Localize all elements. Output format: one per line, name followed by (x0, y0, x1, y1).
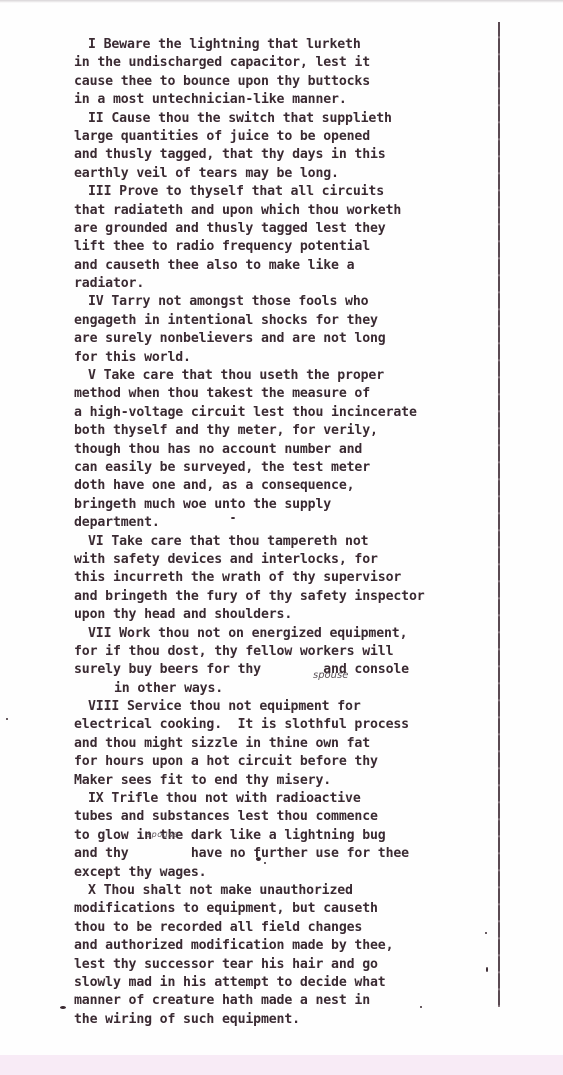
page-top-edge (0, 0, 563, 3)
ink-speck (486, 967, 488, 972)
text-line: in other ways. (74, 680, 504, 698)
text-line: large quantities of juice to be opened (74, 128, 504, 146)
rule-v-first-line: V Take care that thou useth the proper (74, 367, 504, 385)
ink-speck (256, 857, 261, 861)
text-line: method when thou takest the measure of (74, 385, 504, 403)
text-line: a high-voltage circuit lest thou incince… (74, 404, 504, 422)
ink-speck (485, 932, 487, 934)
text-line: and authorized modification made by thee… (74, 937, 504, 955)
text-line: except thy wages. (74, 864, 504, 882)
text-line: modifications to equipment, but causeth (74, 900, 504, 918)
text-line: with safety devices and interlocks, for (74, 551, 504, 569)
rule-iii-first-line: III Prove to thyself that all circuits (74, 183, 504, 201)
text-line: manner of creature hath made a nest in (74, 992, 504, 1010)
text-line: to glow in the dark like a lightning bug (74, 827, 504, 845)
text-line: cause thee to bounce upon thy buttocks (74, 73, 504, 91)
text-line: the wiring of such equipment. (74, 1011, 504, 1029)
text-line: for if thou dost, thy fellow workers wil… (74, 643, 504, 661)
text-line: for hours upon a hot circuit before thy (74, 753, 504, 771)
rule-ix-first-line: IX Trifle thou not with radioactive (74, 790, 504, 808)
text-line: in a most untechnician-like manner. (74, 91, 504, 109)
rule-viii-first-line: VIII Service thou not equipment for (74, 698, 504, 716)
ink-speck (420, 1006, 422, 1008)
text-line: bringeth much woe unto the supply (74, 496, 504, 514)
ink-speck (60, 1006, 66, 1009)
commandments-text: I Beware the lightning that lurkethin th… (74, 36, 504, 1029)
text-line: electrical cooking. It is slothful proce… (74, 716, 504, 734)
text-line: lest thy successor tear his hair and go (74, 956, 504, 974)
text-line: and bringeth the fury of thy safety insp… (74, 588, 504, 606)
text-line: upon thy head and shoulders. (74, 606, 504, 624)
text-line: tubes and substances lest thou commence (74, 808, 504, 826)
rule-vii-first-line: VII Work thou not on energized equipment… (74, 625, 504, 643)
text-line: that radiateth and upon which thou worke… (74, 202, 504, 220)
handwritten-annotation: spouse (147, 830, 178, 839)
handwritten-annotation: spouse (313, 670, 348, 681)
text-line: and thy have no further use for thee (74, 845, 504, 863)
text-line: and thou might sizzle in thine own fat (74, 735, 504, 753)
text-line: Maker sees fit to end thy misery. (74, 772, 504, 790)
text-line: are surely nonbelievers and are not long (74, 330, 504, 348)
text-line: department. (74, 514, 504, 532)
text-line: can easily be surveyed, the test meter (74, 459, 504, 477)
text-line: slowly mad in his attempt to decide what (74, 974, 504, 992)
text-line: engageth in intentional shocks for they (74, 312, 504, 330)
text-line: are grounded and thusly tagged lest they (74, 220, 504, 238)
text-line: surely buy beers for thy and console (74, 661, 504, 679)
text-line: radiator. (74, 275, 504, 293)
text-line: for this world. (74, 349, 504, 367)
rule-iv-first-line: IV Tarry not amongst those fools who (74, 293, 504, 311)
ink-speck (231, 517, 235, 519)
text-line: both thyself and thy meter, for verily, (74, 422, 504, 440)
text-line: though thou has no account number and (74, 441, 504, 459)
ink-speck (6, 718, 8, 720)
scanned-page: I Beware the lightning that lurkethin th… (0, 0, 563, 1055)
rule-vi-first-line: VI Take care that thou tampereth not (74, 533, 504, 551)
text-line: lift thee to radio frequency potential (74, 238, 504, 256)
rule-x-first-line: X Thou shalt not make unauthorized (74, 882, 504, 900)
rule-i-first-line: I Beware the lightning that lurketh (74, 36, 504, 54)
text-line: and causeth thee also to make like a (74, 257, 504, 275)
text-line: and thusly tagged, that thy days in this (74, 146, 504, 164)
ink-speck (264, 862, 266, 864)
rule-ii-first-line: II Cause thou the switch that supplieth (74, 110, 504, 128)
text-line: thou to be recorded all field changes (74, 919, 504, 937)
text-line: doth have one and, as a consequence, (74, 477, 504, 495)
text-line: this incurreth the wrath of thy supervis… (74, 569, 504, 587)
scan-bottom-band (0, 1055, 563, 1075)
text-line: earthly veil of tears may be long. (74, 165, 504, 183)
text-line: in the undischarged capacitor, lest it (74, 54, 504, 72)
